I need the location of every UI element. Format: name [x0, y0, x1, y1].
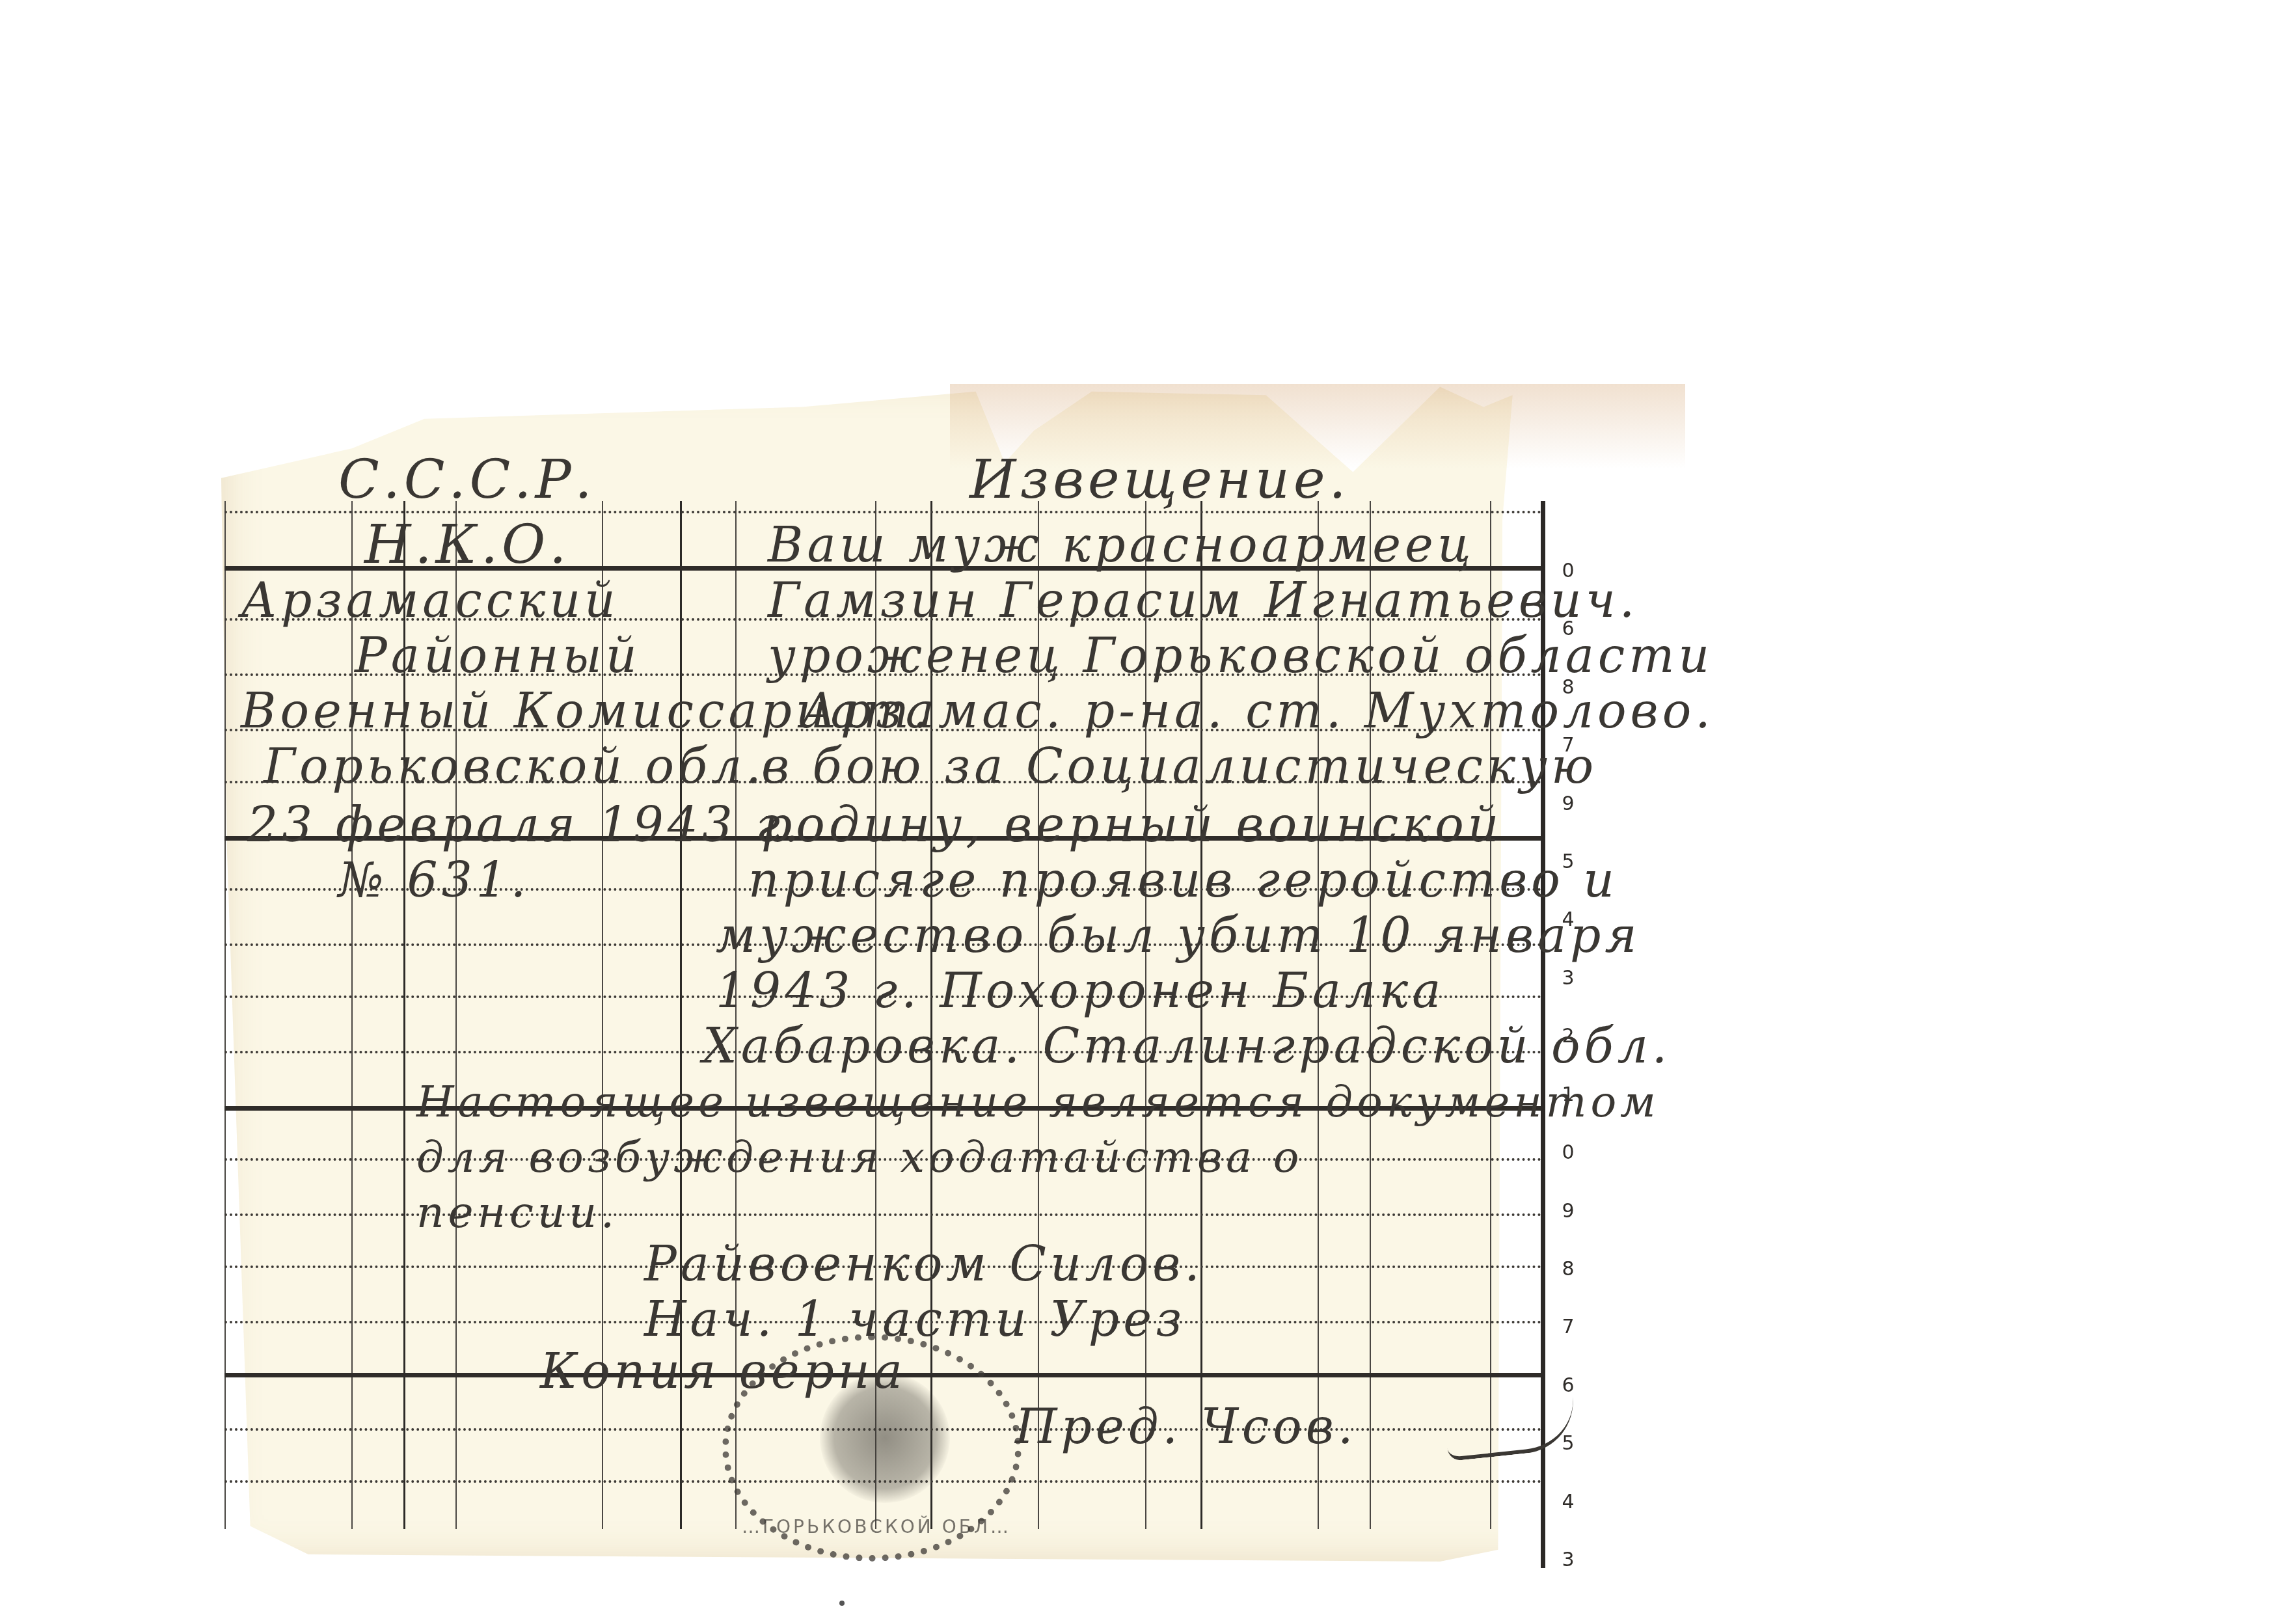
body-line: Гамзин Герасим Игнатьевич.: [768, 573, 1638, 629]
body-line: Хабаровка. Сталинградской обл.: [703, 1018, 1671, 1074]
header-number: № 631.: [338, 852, 530, 908]
body-line: родину, верный воинской: [761, 797, 1503, 853]
signature-commissar: Райвоенком Силов.: [644, 1236, 1204, 1292]
ruler-digit: 9: [1555, 792, 1581, 815]
ruler-digit: 3: [1555, 1549, 1581, 1571]
ruler-digit: 3: [1555, 967, 1581, 990]
ruler-digit: 8: [1555, 1258, 1581, 1280]
ink-speck: [839, 1601, 845, 1606]
grid-row-line: [224, 511, 1542, 513]
header-agency: Н.К.О.: [364, 514, 570, 576]
body-line: мужество был убит 10 января: [716, 908, 1640, 964]
body-line: уроженец Горьковской области: [768, 628, 1713, 684]
header-date: 23 февраля 1943 г.: [247, 797, 803, 853]
header-line: Арзамасский: [241, 573, 619, 629]
footer-line: пенсии.: [416, 1187, 618, 1238]
header-line: Районный: [355, 628, 641, 684]
ruler-digit: 7: [1555, 1316, 1581, 1338]
document-title: Извещение.: [969, 449, 1350, 511]
stamp-text: …ГОРЬКОВСКОЙ ОБЛ…: [742, 1516, 1011, 1537]
ruler-digit: 4: [1555, 1491, 1581, 1513]
ruler-digit: 0: [1555, 1141, 1581, 1164]
body-line: 1943 г. Похоронен Балка: [716, 963, 1444, 1019]
body-line: в бою за Социалистическую: [761, 738, 1597, 794]
footer-line: Настоящее извещение является документом: [416, 1077, 1660, 1127]
ruler-digit: 9: [1555, 1200, 1581, 1223]
signature-chair: Пред. Чсов.: [1015, 1399, 1357, 1455]
footer-line: для возбуждения ходатайства о: [416, 1132, 1303, 1182]
body-line: Арзамас. р-на. ст. Мухтолово.: [800, 683, 1714, 739]
body-line: Ваш муж красноармеец: [768, 517, 1475, 573]
coat-of-arms-emblem: [820, 1373, 950, 1503]
body-line: присяге проявив геройство и: [748, 852, 1618, 908]
header-country: С.С.С.Р.: [338, 449, 596, 511]
header-line: Горьковской обл.: [264, 738, 765, 794]
